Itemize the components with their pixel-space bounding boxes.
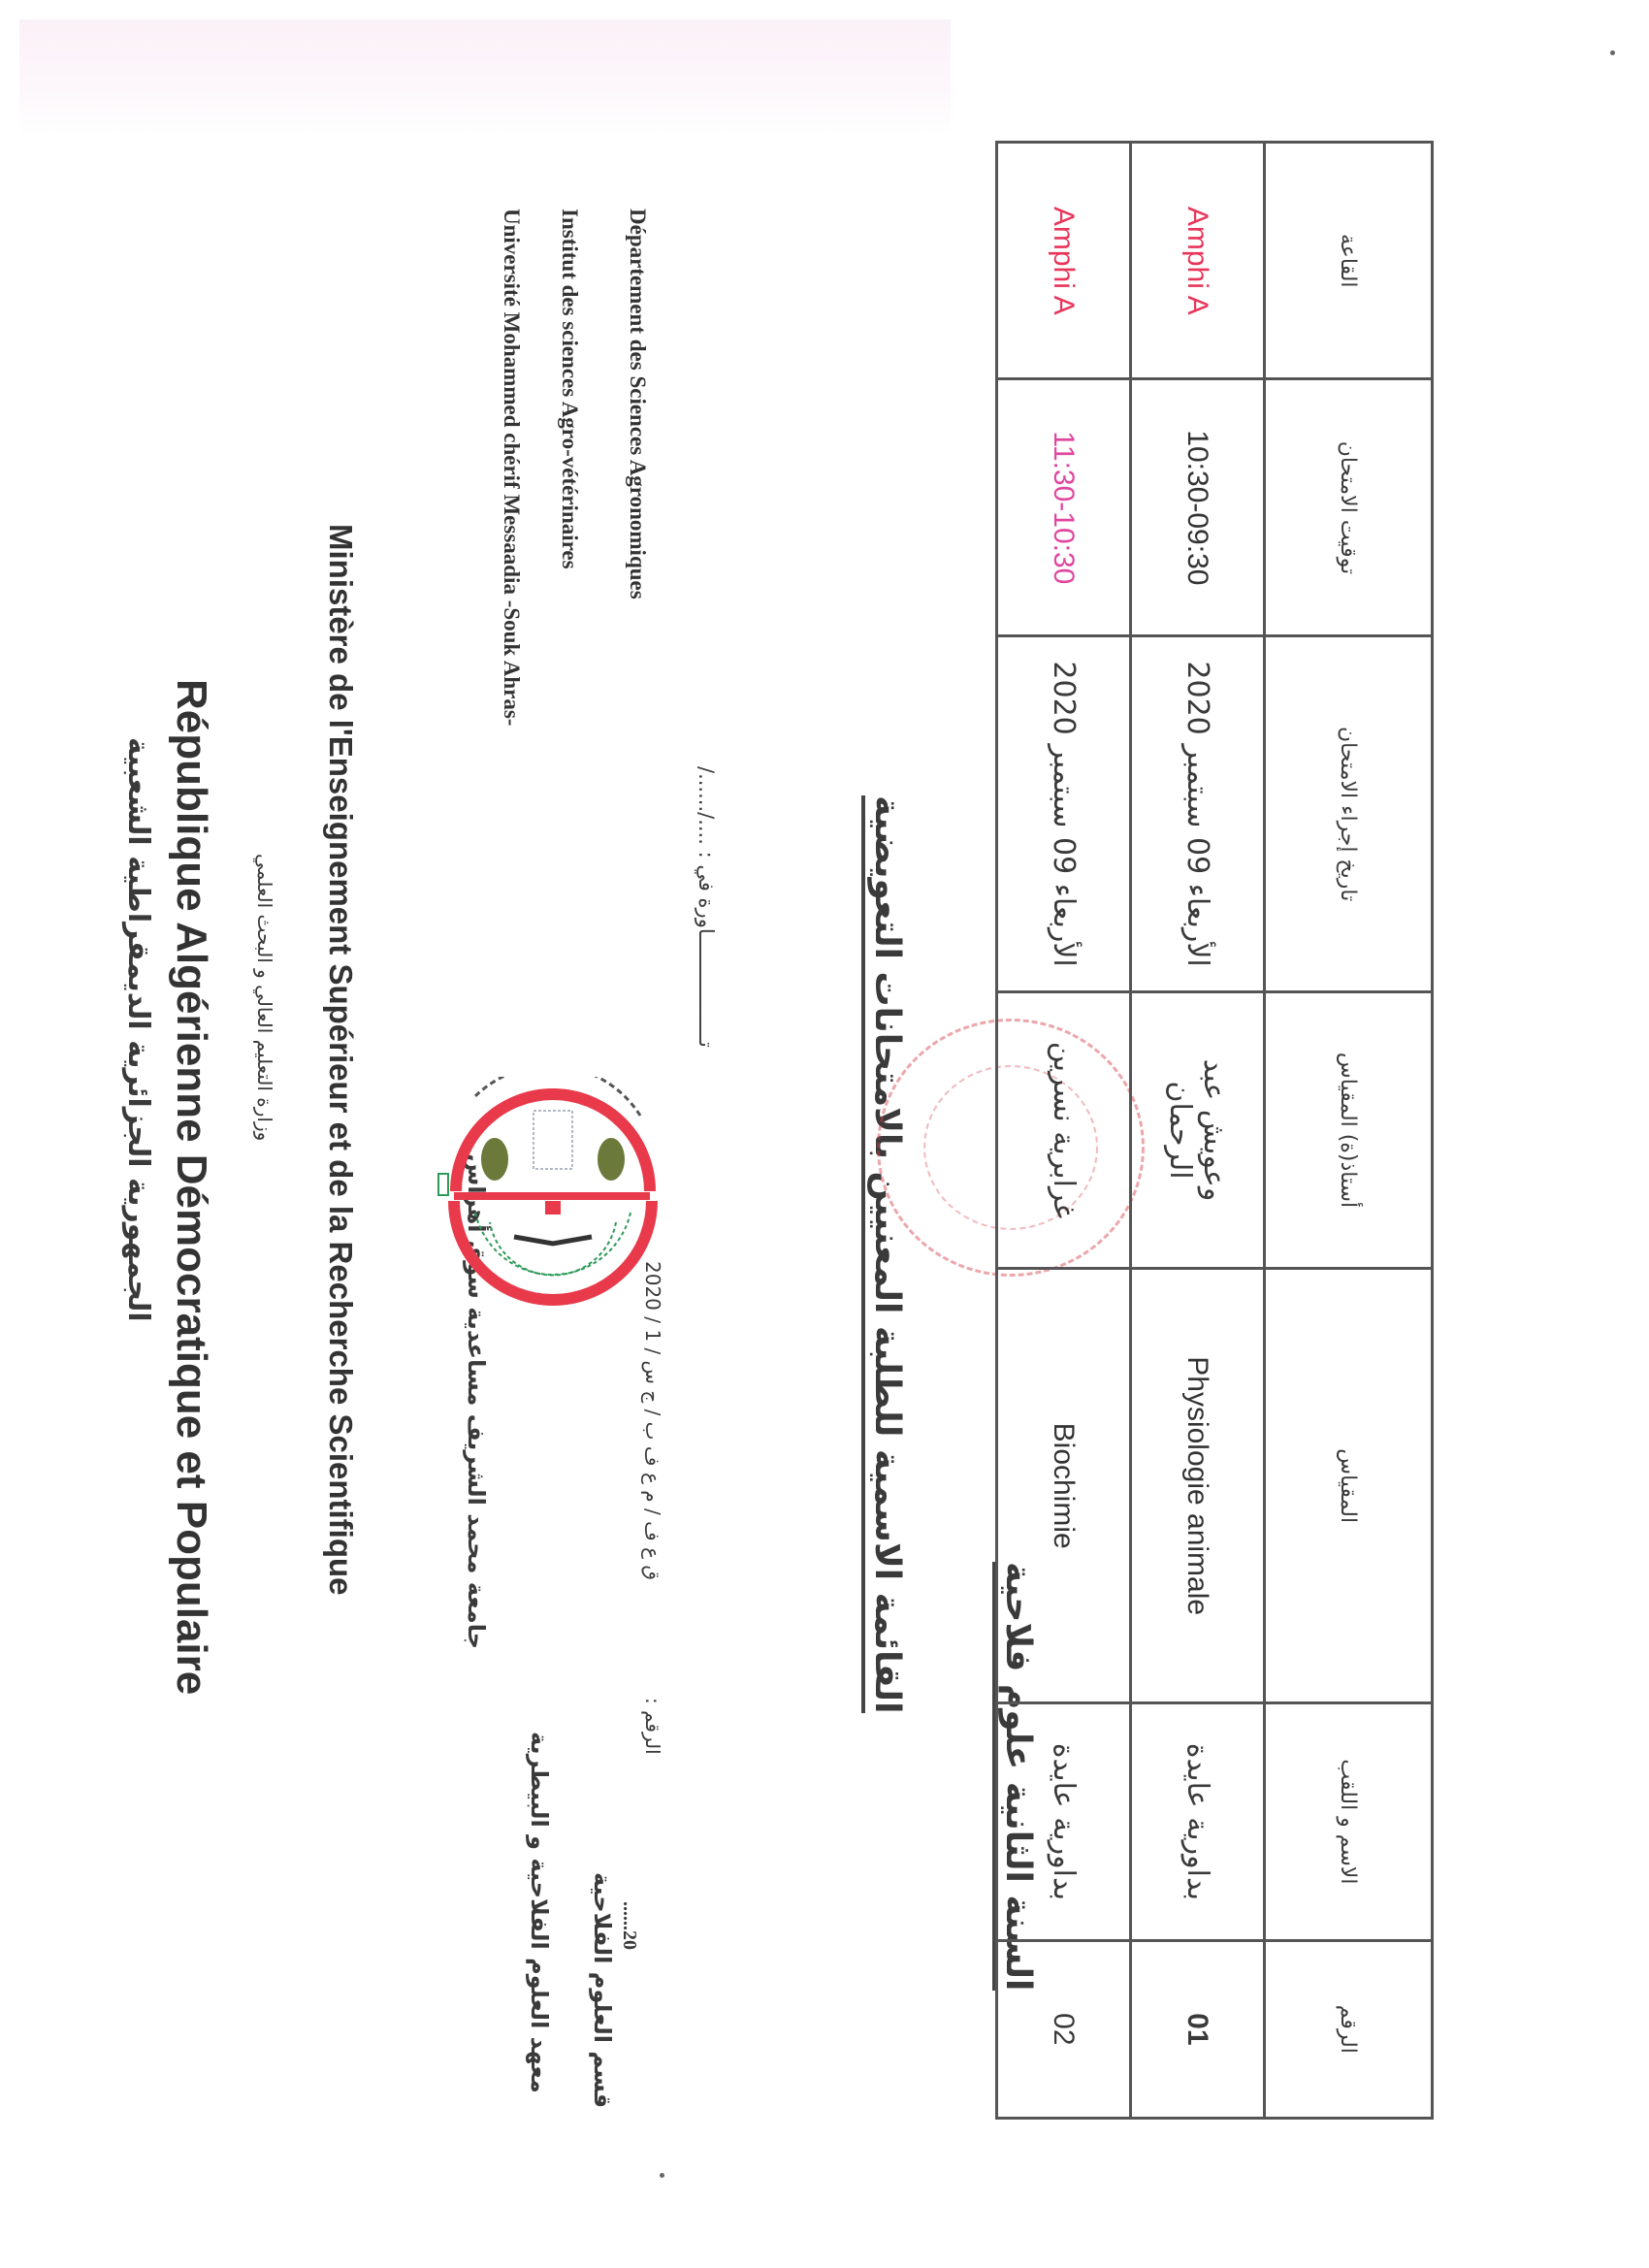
cell-module: Physiologie animale: [1131, 1269, 1265, 1703]
department-arabic: قسم العلوم الفلاحية: [589, 1872, 616, 2108]
ministry-french: Ministère de l'Enseignement Supérieur et…: [322, 524, 359, 1596]
cell-date: الأربعاء 09 سبتمبر 2020: [1131, 636, 1265, 992]
cell-teacher: غرابرية نسرين: [997, 991, 1131, 1268]
header-number: الرقم: [1265, 1940, 1433, 2118]
cell-module: Biochimie: [997, 1269, 1131, 1703]
department-french: Département des Sciences Agronomiques: [625, 209, 650, 599]
header-name: الاسم و اللقب: [1265, 1703, 1433, 1940]
reference-label: الرقم :: [641, 1698, 664, 1755]
university-logo-icon: [436, 1077, 669, 1310]
header-date: تاريخ إجراء الامتحان: [1265, 636, 1433, 992]
cell-room: Amphi A: [1131, 143, 1265, 379]
cell-date: الأربعاء 09 سبتمبر 2020: [997, 636, 1131, 992]
table-row: 02 بداورية عايدة Biochimie غرابرية نسرين…: [997, 143, 1131, 2119]
header-room: القاعة: [1265, 143, 1433, 379]
university-french: Université Mohammed chérif Messaadia -So…: [499, 209, 524, 726]
header-teacher: أستاذ(ة) المقياس: [1265, 991, 1433, 1268]
document-title: القائمة الاسمية للطلبة المعنيين بالامتحا…: [861, 795, 907, 1713]
cell-teacher: وعويش عبد الرحمان: [1131, 991, 1265, 1268]
scan-speck: [1610, 50, 1615, 55]
header-time: توقيت الامتحان: [1265, 379, 1433, 636]
header-module: المقياس: [1265, 1269, 1433, 1703]
cell-room: Amphi A: [997, 143, 1131, 379]
ministry-arabic: وزارة التعليم العالي و البحث العلمي: [253, 854, 276, 1141]
reference-code: ق ع ف / م ع ف ب / ج س / 1 / 2020: [641, 1261, 664, 1580]
document-page: الجمهورية الجزائرية الديمقراطية الشعبية …: [0, 0, 1649, 2268]
cell-time: 11:30-10:30: [997, 379, 1131, 636]
institute-arabic: معهد العلوم الفلاحية و البيطرية: [526, 1732, 553, 2093]
cell-number: 02: [997, 1940, 1131, 2118]
table-header-row: الرقم الاسم و اللقب المقياس أستاذ(ة) الم…: [1265, 143, 1433, 2119]
cell-time: 10:30-09:30: [1131, 379, 1265, 636]
scan-speck: [660, 2173, 664, 2178]
exam-table: الرقم الاسم و اللقب المقياس أستاذ(ة) الم…: [995, 141, 1434, 2120]
reference-year: ......20: [618, 1901, 640, 1950]
institute-french: Institut des sciences Agro-vétérinaires: [557, 209, 582, 569]
issued-place-date: تــــــــــــــــــاورة في : ..../......…: [695, 766, 718, 1048]
cell-number: 01: [1131, 1940, 1265, 2118]
cell-name: بداورية عايدة: [1131, 1703, 1265, 1940]
table-row: 01 بداورية عايدة Physiologie animale وعو…: [1131, 143, 1265, 2119]
cell-name: بداورية عايدة: [997, 1703, 1131, 1940]
republic-french: République Algérienne Démocratique et Po…: [167, 679, 215, 1695]
republic-arabic: الجمهورية الجزائرية الديمقراطية الشعبية: [121, 737, 155, 1322]
